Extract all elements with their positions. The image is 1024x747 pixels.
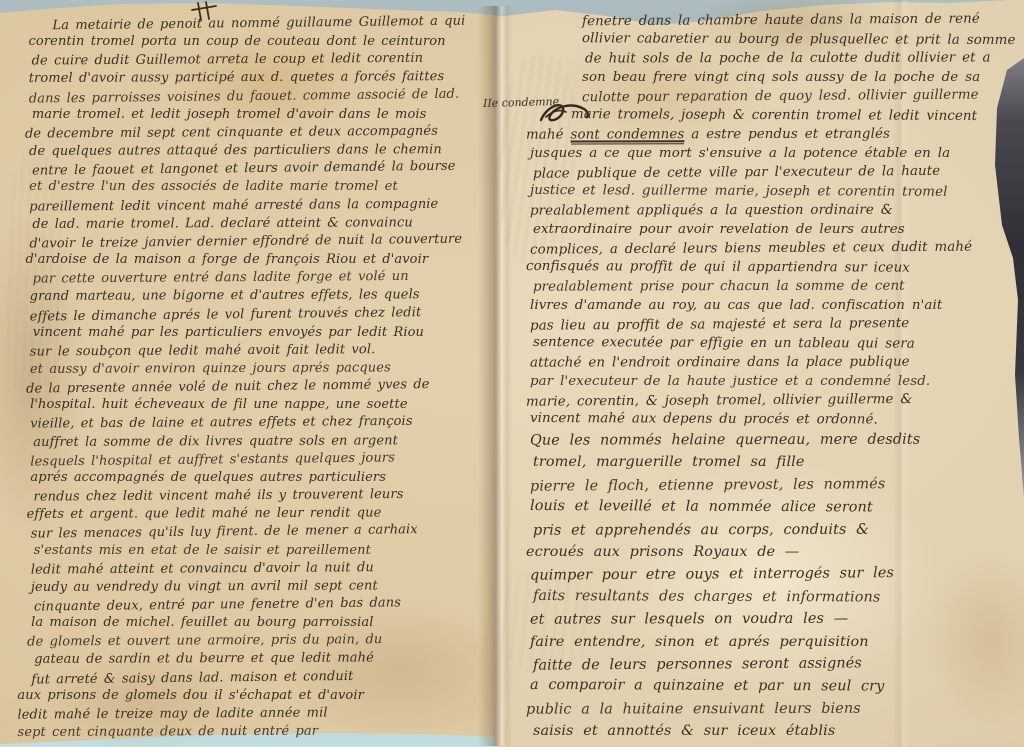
manuscript-line: faire entendre, sinon et aprés perquisit… xyxy=(530,631,1010,653)
manuscript-line: justice et lesd. guillerme marie, joseph… xyxy=(530,181,1010,202)
manuscript-line: pris et apprehendés au corps, conduits & xyxy=(533,518,1010,542)
manuscript-line: faits resultants des charges et informat… xyxy=(533,585,1010,609)
manuscript-line: extraordinaire pour avoir revelation de … xyxy=(533,220,1010,239)
manuscript-line: sur le soubçon que ledit mahé avoit fait… xyxy=(30,340,489,361)
manuscript-line: son beau frere vingt cinq sols aussy de … xyxy=(530,68,1010,87)
manuscript-line: ledit mahé atteint et convaincu d'avoir … xyxy=(31,558,490,579)
manuscript-line: prealablement prise pour chacun la somme… xyxy=(533,276,1010,296)
manuscript-photo: La metairie de penoit au nommé guillaume… xyxy=(0,0,1024,747)
manuscript-line: livres d'amande au roy, au cas que lad. … xyxy=(530,296,1010,315)
manuscript-line: a comparoir a quinzaine et par un seul c… xyxy=(530,674,1010,699)
manuscript-line: sur les menaces qu'ils luy firent. de le… xyxy=(31,521,490,544)
manuscript-line: rendus chez ledit vincent mahé ils y tro… xyxy=(33,485,489,506)
manuscript-line: faitte de leurs personnes seront assigné… xyxy=(533,651,1010,677)
manuscript-line: jusques a ce que mort s'ensuive a la pot… xyxy=(530,144,1010,163)
manuscript-line: corentin tromel porta un coup de couteau… xyxy=(29,33,488,51)
manuscript-text-left-page: La metairie de penoit au nommé guillaume… xyxy=(0,14,499,742)
phrase: a estre pendus et etranglés xyxy=(684,127,890,143)
manuscript-line: fut arreté & saisy dans lad. maison et c… xyxy=(31,666,490,689)
manuscript-line: ledit mahé le treize may de ladite année… xyxy=(17,703,490,724)
manuscript-line: ollivier cabaretier au bourg de plusquel… xyxy=(530,29,1010,50)
manuscript-line: et d'estre l'un des associés de ladite m… xyxy=(29,178,488,196)
manuscript-line: s'estants mis en etat de le saisir et pa… xyxy=(34,541,490,559)
manuscript-line: de cuire dudit Guillemot arreta le coup … xyxy=(32,50,488,71)
manuscript-line: par l'executeur de la haute justice et a… xyxy=(530,372,1010,391)
manuscript-line: sept cent cinquante deux de nuit entré p… xyxy=(18,722,491,742)
manuscript-line: aprés accompagnés de quelques autres par… xyxy=(30,469,489,487)
manuscript-line: d'ardoise de la maison a forge de franço… xyxy=(25,251,488,269)
manuscript-line: mahé sont condemnes a estre pendus et et… xyxy=(526,124,1010,144)
manuscript-line: confisqués au proffit de qui il appartie… xyxy=(526,257,1010,278)
manuscript-line: pareillement ledit vincent mahé arresté … xyxy=(29,195,488,216)
manuscript-line: vieille, et bas de laine et autres effet… xyxy=(30,413,489,434)
paraph-flourish-icon xyxy=(538,99,592,133)
manuscript-line: pierre le floch, etienne prevost, les no… xyxy=(530,472,1010,498)
manuscript-line: de huit sols de la poche de la culotte d… xyxy=(533,48,1010,68)
manuscript-line: quimper pour etre ouys et interrogés sur… xyxy=(530,562,1010,588)
manuscript-line: marie tromel. et ledit joseph tromel d'a… xyxy=(32,106,488,124)
manuscript-line: louis et leveillé et la nommée alice ser… xyxy=(530,495,1010,520)
manuscript-line: vincent mahé aux depens du procés et ord… xyxy=(530,409,1010,430)
manuscript-line: public a la huitaine ensuivant leurs bie… xyxy=(526,697,1010,721)
manuscript-line: par cette ouverture entré dans ladite fo… xyxy=(33,268,489,289)
manuscript-line: et autres sur lesquels on voudra les — xyxy=(530,608,1010,632)
manuscript-line: effets le dimanche aprés le vol furent t… xyxy=(30,303,489,326)
manuscript-line: de glomels et ouvert une armoire, pris d… xyxy=(27,631,490,652)
manuscript-line: de decembre mil sept cent cinquante et d… xyxy=(25,122,488,143)
manuscript-line: saisis et annottés & sur iceux établis xyxy=(533,720,1010,742)
manuscript-line: attaché en l'endroit ordinaire dans la p… xyxy=(530,352,1010,372)
manuscript-line: tromel, marguerille tromel sa fille xyxy=(533,451,1010,473)
manuscript-line: prealablement appliqués a la question or… xyxy=(530,200,1010,220)
manuscript-line: dans les parroisses voisines du faouet. … xyxy=(29,85,488,108)
manuscript-line: la maison de michel. feuillet au bourg p… xyxy=(31,614,490,632)
manuscript-line: vincent mahé par les particuliers envoyé… xyxy=(33,324,489,342)
manuscript-line: sentence executée par effigie en un tabl… xyxy=(533,333,1010,354)
ink-cross-icon xyxy=(190,1,218,25)
manuscript-line: marie tromels, joseph & corentin tromel … xyxy=(533,105,1010,126)
manuscript-line: ecroués aux prisons Royaux de — xyxy=(526,541,1010,563)
manuscript-line: Que les nommés helaine querneau, mere de… xyxy=(530,428,1010,452)
manuscript-line: l'hospital. huit écheveaux de fil une na… xyxy=(30,396,489,414)
manuscript-line: aux prisons de glomels dou il s'échapat … xyxy=(17,687,490,705)
